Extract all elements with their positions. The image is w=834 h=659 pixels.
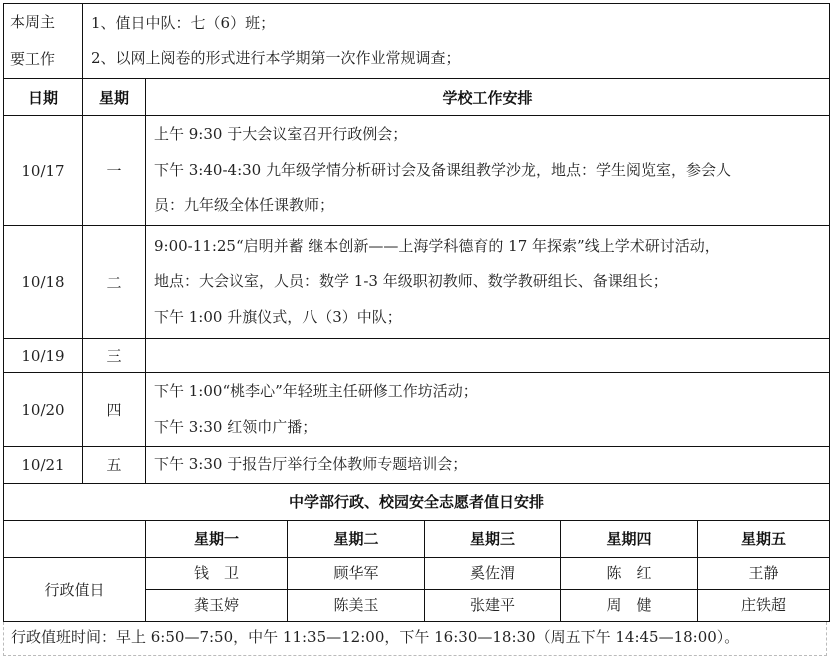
task-line: 下午 3:30 于报告厅举行全体教师专题培训会；	[146, 447, 829, 483]
duty-name: 顾华军	[288, 557, 425, 589]
weekly-focus-label-line2: 要工作	[10, 41, 82, 78]
header-date: 日期	[4, 79, 83, 116]
weekly-focus-row: 本周主 要工作 1、值日中队：七（6）班； 2、以网上阅卷的形式进行本学期第一次…	[4, 4, 830, 41]
duty-day-header: 星期三	[425, 520, 561, 557]
duty-name: 奚佐渭	[425, 557, 561, 589]
task-line: 下午 3:30 红领巾广播；	[146, 410, 829, 446]
weekly-focus-label: 本周主 要工作	[4, 4, 83, 79]
task-line: 地点：大会议室，人员：数学 1-3 年级职初教师、数学教研组长、备课组长；	[146, 264, 829, 300]
task-line: 9:00-11:25“启明并蓄 继本创新——上海学科德育的 17 年探索”线上学…	[146, 229, 829, 265]
duty-name: 庄铁超	[698, 589, 830, 621]
schedule-weekday: 四	[83, 373, 146, 447]
schedule-weekday: 三	[83, 339, 146, 373]
schedule-row: 10/21 五 下午 3:30 于报告厅举行全体教师专题培训会；	[4, 447, 830, 484]
duty-name: 周 健	[561, 589, 698, 621]
schedule-header-row: 日期 星期 学校工作安排	[4, 79, 830, 116]
schedule-weekday: 五	[83, 447, 146, 484]
duty-row-label: 行政值日	[4, 557, 146, 621]
schedule-date: 10/20	[4, 373, 83, 447]
schedule-weekday: 一	[83, 116, 146, 226]
task-line: 下午 1:00 升旗仪式，八（3）中队；	[146, 300, 829, 336]
weekly-schedule-table: 本周主 要工作 1、值日中队：七（6）班； 2、以网上阅卷的形式进行本学期第一次…	[3, 3, 830, 622]
weekly-focus-item: 2、以网上阅卷的形式进行本学期第一次作业常规调查；	[83, 41, 829, 77]
weekly-focus-item: 1、值日中队：七（6）班；	[83, 6, 829, 42]
schedule-date: 10/18	[4, 226, 83, 339]
schedule-date: 10/21	[4, 447, 83, 484]
task-line: 上午 9:30 于大会议室召开行政例会；	[146, 117, 829, 153]
duty-name: 钱 卫	[146, 557, 288, 589]
schedule-row: 10/18 二 9:00-11:25“启明并蓄 继本创新——上海学科德育的 17…	[4, 226, 830, 339]
weekly-focus-label-line1: 本周主	[10, 4, 82, 41]
schedule-tasks-empty	[146, 339, 830, 373]
duty-hours-note: 行政值班时间：早上 6:50—7:50，中午 11:35—12:00，下午 16…	[3, 622, 827, 656]
duty-name: 陈 红	[561, 557, 698, 589]
header-tasks: 学校工作安排	[146, 79, 830, 116]
header-weekday: 星期	[83, 79, 146, 116]
schedule-tasks: 9:00-11:25“启明并蓄 继本创新——上海学科德育的 17 年探索”线上学…	[146, 226, 830, 339]
schedule-row: 10/19 三	[4, 339, 830, 373]
duty-name: 张建平	[425, 589, 561, 621]
task-line: 下午 3:40-4:30 九年级学情分析研讨会及备课组教学沙龙，地点：学生阅览室…	[146, 153, 829, 189]
duty-corner-empty	[4, 520, 146, 557]
schedule-tasks: 下午 3:30 于报告厅举行全体教师专题培训会；	[146, 447, 830, 484]
task-line: 员：九年级全体任课教师；	[146, 188, 829, 224]
schedule-weekday: 二	[83, 226, 146, 339]
duty-title-row: 中学部行政、校园安全志愿者值日安排	[4, 483, 830, 520]
duty-day-header: 星期五	[698, 520, 830, 557]
task-line: 下午 1:00“桃李心”年轻班主任研修工作坊活动；	[146, 374, 829, 410]
duty-day-header: 星期一	[146, 520, 288, 557]
duty-title: 中学部行政、校园安全志愿者值日安排	[4, 483, 830, 520]
duty-names-row: 行政值日 钱 卫 顾华军 奚佐渭 陈 红 王静	[4, 557, 830, 589]
schedule-tasks: 下午 1:00“桃李心”年轻班主任研修工作坊活动； 下午 3:30 红领巾广播；	[146, 373, 830, 447]
weekly-focus-items: 1、值日中队：七（6）班； 2、以网上阅卷的形式进行本学期第一次作业常规调查；	[83, 4, 830, 79]
duty-day-header: 星期四	[561, 520, 698, 557]
duty-name: 陈美玉	[288, 589, 425, 621]
schedule-date: 10/19	[4, 339, 83, 373]
duty-days-row: 星期一 星期二 星期三 星期四 星期五	[4, 520, 830, 557]
schedule-row: 10/17 一 上午 9:30 于大会议室召开行政例会； 下午 3:40-4:3…	[4, 116, 830, 226]
duty-name: 王静	[698, 557, 830, 589]
schedule-row: 10/20 四 下午 1:00“桃李心”年轻班主任研修工作坊活动； 下午 3:3…	[4, 373, 830, 447]
duty-day-header: 星期二	[288, 520, 425, 557]
schedule-date: 10/17	[4, 116, 83, 226]
schedule-tasks: 上午 9:30 于大会议室召开行政例会； 下午 3:40-4:30 九年级学情分…	[146, 116, 830, 226]
duty-name: 龚玉婷	[146, 589, 288, 621]
